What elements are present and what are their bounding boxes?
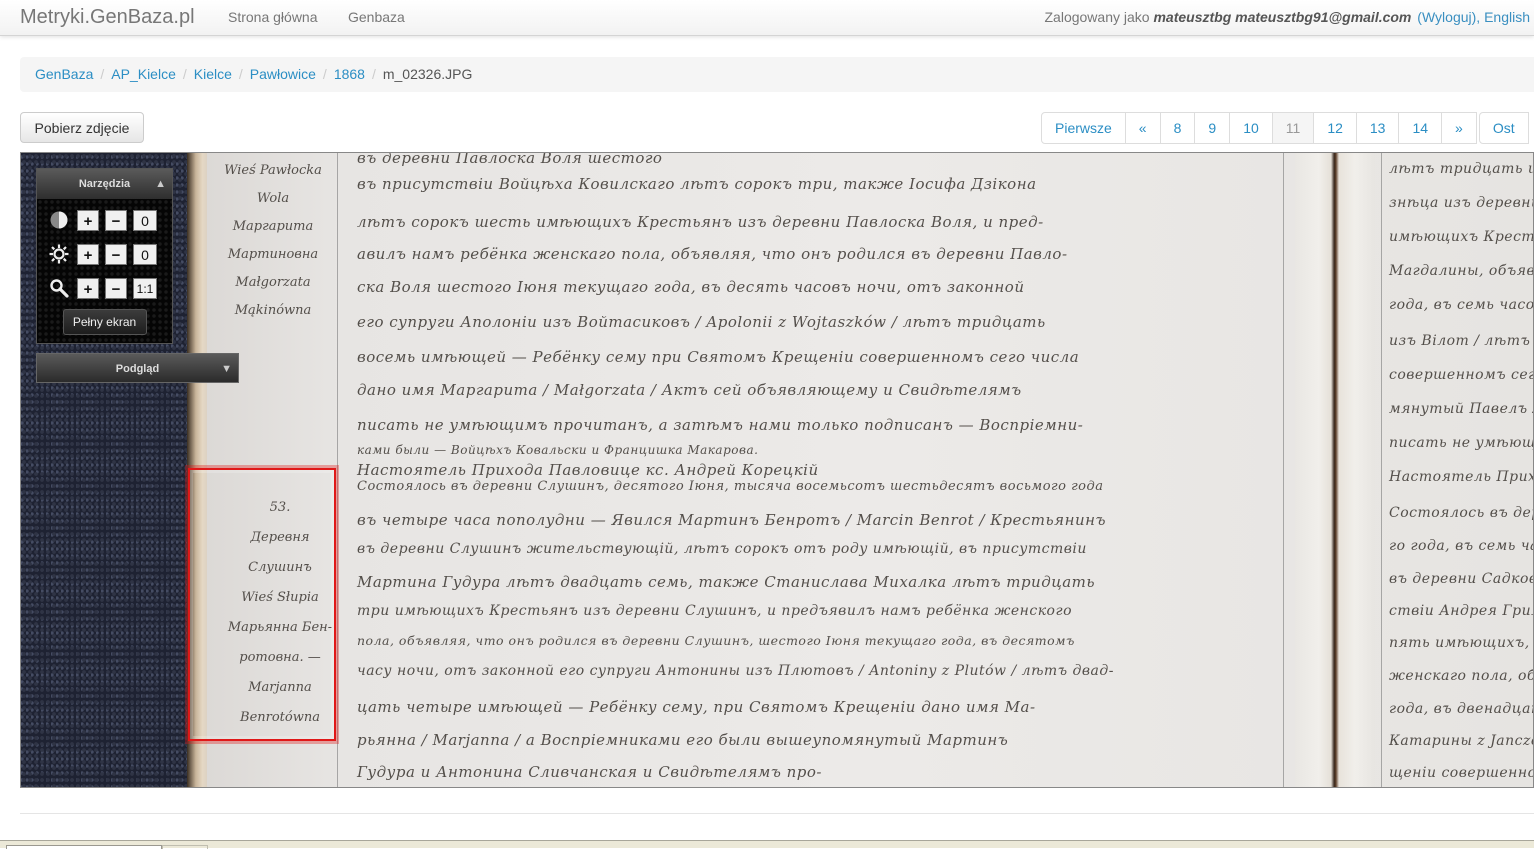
- nav-link-home[interactable]: Strona główna: [228, 9, 318, 25]
- handwritten-line: Состоялось въ деревни Слушинъ, десятого …: [357, 479, 1103, 494]
- breadcrumb-separator: /: [93, 66, 111, 82]
- handwritten-line: авилъ намъ ребёнка женскаго пола, объявл…: [357, 245, 1068, 263]
- download-image-button[interactable]: Pobierz zdjęcie: [20, 112, 144, 143]
- breadcrumb-item-parish[interactable]: Pawłowice: [250, 66, 316, 82]
- handwritten-line: Катарины z Janczów / лѣтъ сорокъ: [1389, 733, 1534, 749]
- handwritten-line: совершенномъ сего числа дано имя Ан-: [1389, 367, 1534, 383]
- contrast-increase-button[interactable]: +: [77, 210, 99, 231]
- fullscreen-button[interactable]: Pełny ekran: [63, 309, 147, 335]
- breadcrumb-separator: /: [316, 66, 334, 82]
- magnifier-icon: [49, 278, 69, 298]
- handwritten-line: писать не умѣющимъ прочитанъ, а затѣмъ н…: [357, 416, 1083, 434]
- pagination-first[interactable]: Pierwsze: [1041, 112, 1126, 144]
- chevron-up-icon[interactable]: ▲: [155, 169, 166, 199]
- margin-text: Wieś Pawłocka Wola: [213, 157, 333, 213]
- pagination-page-8[interactable]: 8: [1160, 112, 1196, 144]
- brightness-increase-button[interactable]: +: [77, 244, 99, 265]
- zoom-row: + − 1:1: [37, 271, 172, 305]
- margin-text: Małgorzata: [213, 269, 333, 297]
- handwritten-line: дано имя Маргарита / Małgorzata / Актъ с…: [357, 381, 1022, 399]
- breadcrumb-item-genbaza[interactable]: GenBaza: [35, 66, 93, 82]
- handwritten-line: его супруги Аполоніи изъ Войтасиковъ / A…: [357, 313, 1046, 331]
- handwritten-line: мянутый Павелъ Лѣтковичъ и Петро-: [1389, 401, 1534, 417]
- scanned-register-page: Wieś Pawłocka Wola Маргарита Мартиновна …: [207, 153, 1534, 788]
- breadcrumb-current-file: m_02326.JPG: [383, 66, 473, 82]
- handwritten-line: Мартина Гудура лѣтъ двадцать семь, также…: [357, 573, 1095, 591]
- tools-panel-header[interactable]: Narzędzia ▲: [37, 169, 172, 199]
- handwritten-line: Состоялось въ деревни Павловицъ два-: [1389, 505, 1534, 521]
- pagination-prev[interactable]: «: [1125, 112, 1161, 144]
- handwritten-line: ствіи Андрея Гримлалы лѣтъ трид-: [1389, 603, 1534, 619]
- contrast-decrease-button[interactable]: −: [105, 210, 127, 231]
- image-viewer[interactable]: Wieś Pawłocka Wola Маргарита Мартиновна …: [20, 152, 1534, 788]
- handwritten-line: изъ Вілот / лѣтъ тридцать два имѣ-: [1389, 333, 1534, 349]
- username: mateusztbg mateusztbg91@gmail.com: [1153, 9, 1411, 25]
- handwritten-line: рьянна / Marjanna / а Воспріемниками его…: [357, 731, 1008, 749]
- breadcrumb-separator: /: [176, 66, 194, 82]
- handwritten-line: ками были — Войцѣхъ Ковальски и Францишк…: [357, 443, 758, 457]
- brightness-row: + − 0: [37, 237, 172, 271]
- logout-paren-close: ),: [1472, 9, 1481, 25]
- handwritten-line: ска Воля шестого Іюня текущаго года, въ …: [357, 278, 1025, 296]
- user-info: Zalogowany jako mateusztbg mateusztbg91@…: [1045, 9, 1531, 25]
- top-navbar: Metryki.GenBaza.pl Strona główna Genbaza…: [0, 0, 1534, 36]
- handwritten-line: пять имѣющихъ, Крестьянъ изъ: [1389, 635, 1534, 651]
- preview-panel-title: Podgląd: [116, 363, 159, 375]
- handwritten-line: въ присутствіи Войцѣха Ковилскаго лѣтъ с…: [357, 175, 1037, 193]
- brand-logo-link[interactable]: Metryki.GenBaza.pl: [20, 6, 195, 29]
- handwritten-line: въ деревни Слушинъ жительствующій, лѣтъ …: [357, 541, 1087, 557]
- handwritten-line: пола, объявляя, что онъ родился въ дерев…: [357, 633, 1075, 648]
- contrast-row: + − 0: [37, 203, 172, 237]
- pagination-page-12[interactable]: 12: [1313, 112, 1357, 144]
- record-highlight-box: [188, 468, 336, 741]
- zoom-reset-button[interactable]: 1:1: [133, 278, 157, 299]
- contrast-value[interactable]: 0: [133, 210, 157, 231]
- pagination-page-10[interactable]: 10: [1229, 112, 1273, 144]
- pagination-page-14[interactable]: 14: [1398, 112, 1442, 144]
- handwritten-line: въ четыре часа пополудни — Явился Мартин…: [357, 511, 1106, 529]
- breadcrumb: GenBaza/AP_Kielce/Kielce/Pawłowice/1868/…: [20, 57, 1534, 92]
- handwritten-line: года, въ двенадцать часовъ въ полден-: [1389, 701, 1534, 717]
- pagination-page-9[interactable]: 9: [1194, 112, 1230, 144]
- handwritten-line: часу ночи, отъ законной его супруги Анто…: [357, 663, 1114, 679]
- preview-panel-header[interactable]: Podgląd ▼: [36, 353, 239, 383]
- logout-link[interactable]: Wyloguj: [1422, 9, 1472, 25]
- pagination-next[interactable]: »: [1441, 112, 1477, 144]
- margin-text: Маргарита: [213, 213, 333, 241]
- breadcrumb-item-year[interactable]: 1868: [334, 66, 365, 82]
- handwritten-line: восемь имѣющей — Ребёнку сему при Святом…: [357, 348, 1079, 366]
- tools-panel: Narzędzia ▲ + − 0 + − 0 + − 1:1: [36, 168, 173, 344]
- breadcrumb-item-city[interactable]: Kielce: [194, 66, 232, 82]
- handwritten-line: Настоятель Прихода Павловице —: [1389, 469, 1534, 485]
- handwritten-line: щеніи совершенномъ сего числа Свяще-: [1389, 765, 1534, 781]
- language-switch-link[interactable]: English: [1484, 9, 1530, 25]
- handwritten-line: го года, въ семь часовъ вечеромъ — Явил-: [1389, 538, 1534, 554]
- handwritten-line: Магдалины, объявляя что онъ родил-: [1389, 263, 1534, 279]
- margin-text: Mąkinówna: [213, 297, 333, 325]
- handwritten-line: знѣца изъ деревни Германовъ лѣтъ: [1389, 195, 1534, 211]
- handwritten-line: цать четыре имѣющей — Ребёнку сему, при …: [357, 698, 1036, 716]
- brightness-decrease-button[interactable]: −: [105, 244, 127, 265]
- zoom-out-button[interactable]: −: [105, 278, 127, 299]
- handwritten-line: три имѣющихъ Крестьянъ изъ деревни Слуши…: [357, 603, 1072, 619]
- brightness-value[interactable]: 0: [133, 244, 157, 265]
- handwritten-line: имѣющихъ Крестьянъ изъ деревни: [1389, 229, 1534, 245]
- pagination-page-13[interactable]: 13: [1356, 112, 1400, 144]
- breadcrumb-item-archive[interactable]: AP_Kielce: [111, 66, 176, 82]
- pagination-last[interactable]: Ost: [1479, 112, 1529, 144]
- handwritten-line: женскаго пола, объявляя что онъ роди-: [1389, 668, 1534, 684]
- contrast-icon: [49, 210, 69, 230]
- handwritten-line: года, въ семь часовъ утромъ, отъ за-: [1389, 297, 1534, 313]
- zoom-in-button[interactable]: +: [77, 278, 99, 299]
- tools-panel-title: Narzędzia: [79, 178, 130, 190]
- breadcrumb-separator: /: [232, 66, 250, 82]
- breadcrumb-separator: /: [365, 66, 383, 82]
- page-margin-line: [1381, 153, 1382, 788]
- pagination: Pierwsze « 8 9 10 11 12 13 14 » Ost: [1041, 112, 1529, 144]
- pagination-page-11-active: 11: [1272, 112, 1315, 144]
- chevron-down-icon[interactable]: ▼: [221, 354, 232, 384]
- margin-entry-top: Wieś Pawłocka Wola Маргарита Мартиновна …: [213, 157, 333, 325]
- page-margin-line: [1283, 153, 1284, 788]
- brightness-icon: [49, 244, 69, 264]
- handwritten-line: лѣтъ сорокъ шесть имѣющихъ Крестьянъ изъ…: [357, 213, 1044, 231]
- footer-divider: [20, 813, 1534, 814]
- handwritten-line: Настоятель Прихода Павловице кс. Андрей …: [357, 461, 819, 479]
- handwritten-line: въ деревни Садковице жительствующій: [1389, 571, 1534, 587]
- handwritten-line: писать не умѣющимъ прочи-: [1389, 435, 1534, 451]
- nav-link-genbaza[interactable]: Genbaza: [348, 9, 405, 25]
- browser-status-bar: [0, 840, 1534, 848]
- handwritten-line: лѣтъ тридцать шесть отъ роду имѣю-: [1389, 161, 1534, 177]
- handwritten-line: въ деревни Павлоска Воля шестого: [357, 152, 662, 167]
- handwritten-line: Гудура и Антонина Сливчанская и Свидѣтел…: [357, 763, 822, 781]
- logged-in-label: Zalogowany jako: [1045, 9, 1150, 25]
- margin-text: Мартиновна: [213, 241, 333, 269]
- book-gutter: [1295, 153, 1375, 788]
